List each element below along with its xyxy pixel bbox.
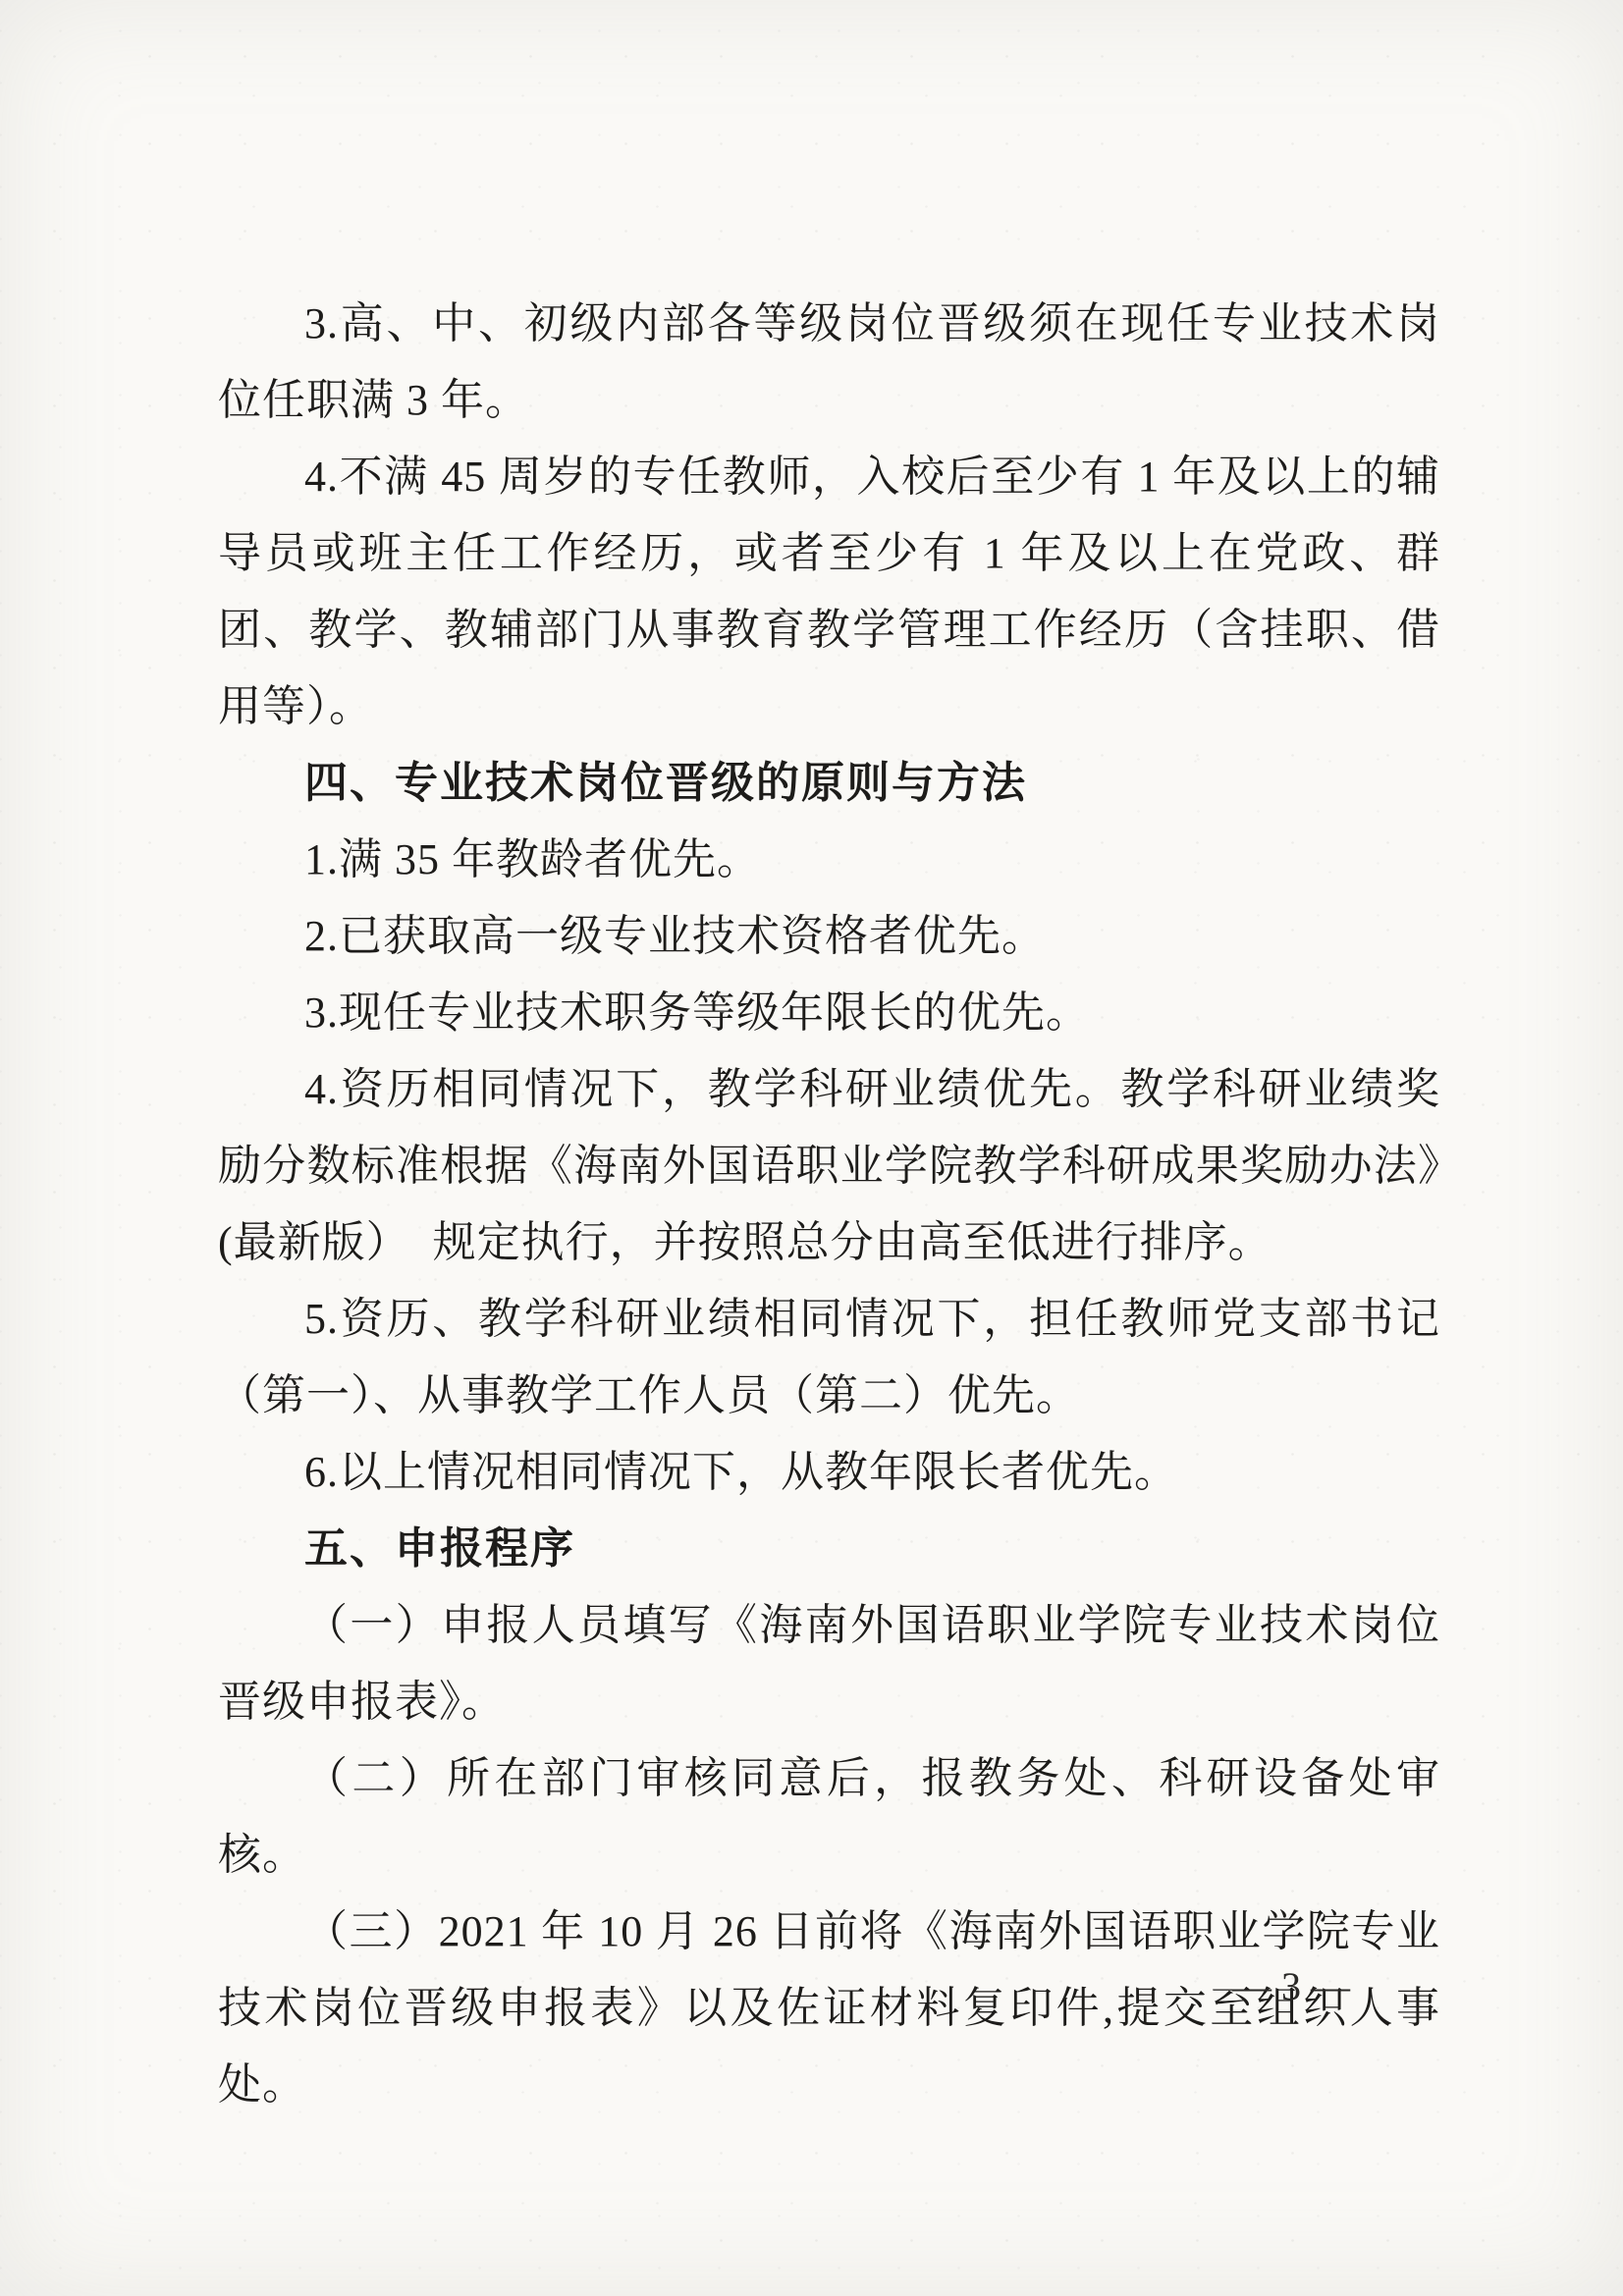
- section-heading-4: 四、专业技术岗位晋级的原则与方法: [218, 745, 1440, 822]
- paragraph-rule-4: 4.资历相同情况下，教学科研业绩优先。教学科研业绩奖励分数标准根据《海南外国语职…: [218, 1051, 1440, 1281]
- paragraph-rule-3: 3.现任专业技术职务等级年限长的优先。: [218, 975, 1440, 1051]
- section-heading-5: 五、申报程序: [218, 1511, 1440, 1587]
- page-number: — 3 —: [1173, 1963, 1409, 2010]
- paragraph-procedure-2: （二）所在部门审核同意后，报教务处、科研设备处审核。: [218, 1740, 1440, 1894]
- scanned-page: 3.高、中、初级内部各等级岗位晋级须在现任专业技术岗位任职满 3 年。 4.不满…: [0, 0, 1623, 2296]
- paragraph-rule-2: 2.已获取高一级专业技术资格者优先。: [218, 898, 1440, 975]
- document-body: 3.高、中、初级内部各等级岗位晋级须在现任专业技术岗位任职满 3 年。 4.不满…: [218, 286, 1440, 2123]
- paragraph-item-3: 3.高、中、初级内部各等级岗位晋级须在现任专业技术岗位任职满 3 年。: [218, 286, 1440, 439]
- paragraph-rule-6: 6.以上情况相同情况下，从教年限长者优先。: [218, 1434, 1440, 1511]
- paragraph-rule-1: 1.满 35 年教龄者优先。: [218, 822, 1440, 898]
- paragraph-item-4: 4.不满 45 周岁的专任教师，入校后至少有 1 年及以上的辅导员或班主任工作经…: [218, 439, 1440, 745]
- paragraph-procedure-1: （一）申报人员填写《海南外国语职业学院专业技术岗位晋级申报表》。: [218, 1587, 1440, 1740]
- paragraph-rule-5: 5.资历、教学科研业绩相同情况下，担任教师党支部书记（第一）、从事教学工作人员（…: [218, 1281, 1440, 1434]
